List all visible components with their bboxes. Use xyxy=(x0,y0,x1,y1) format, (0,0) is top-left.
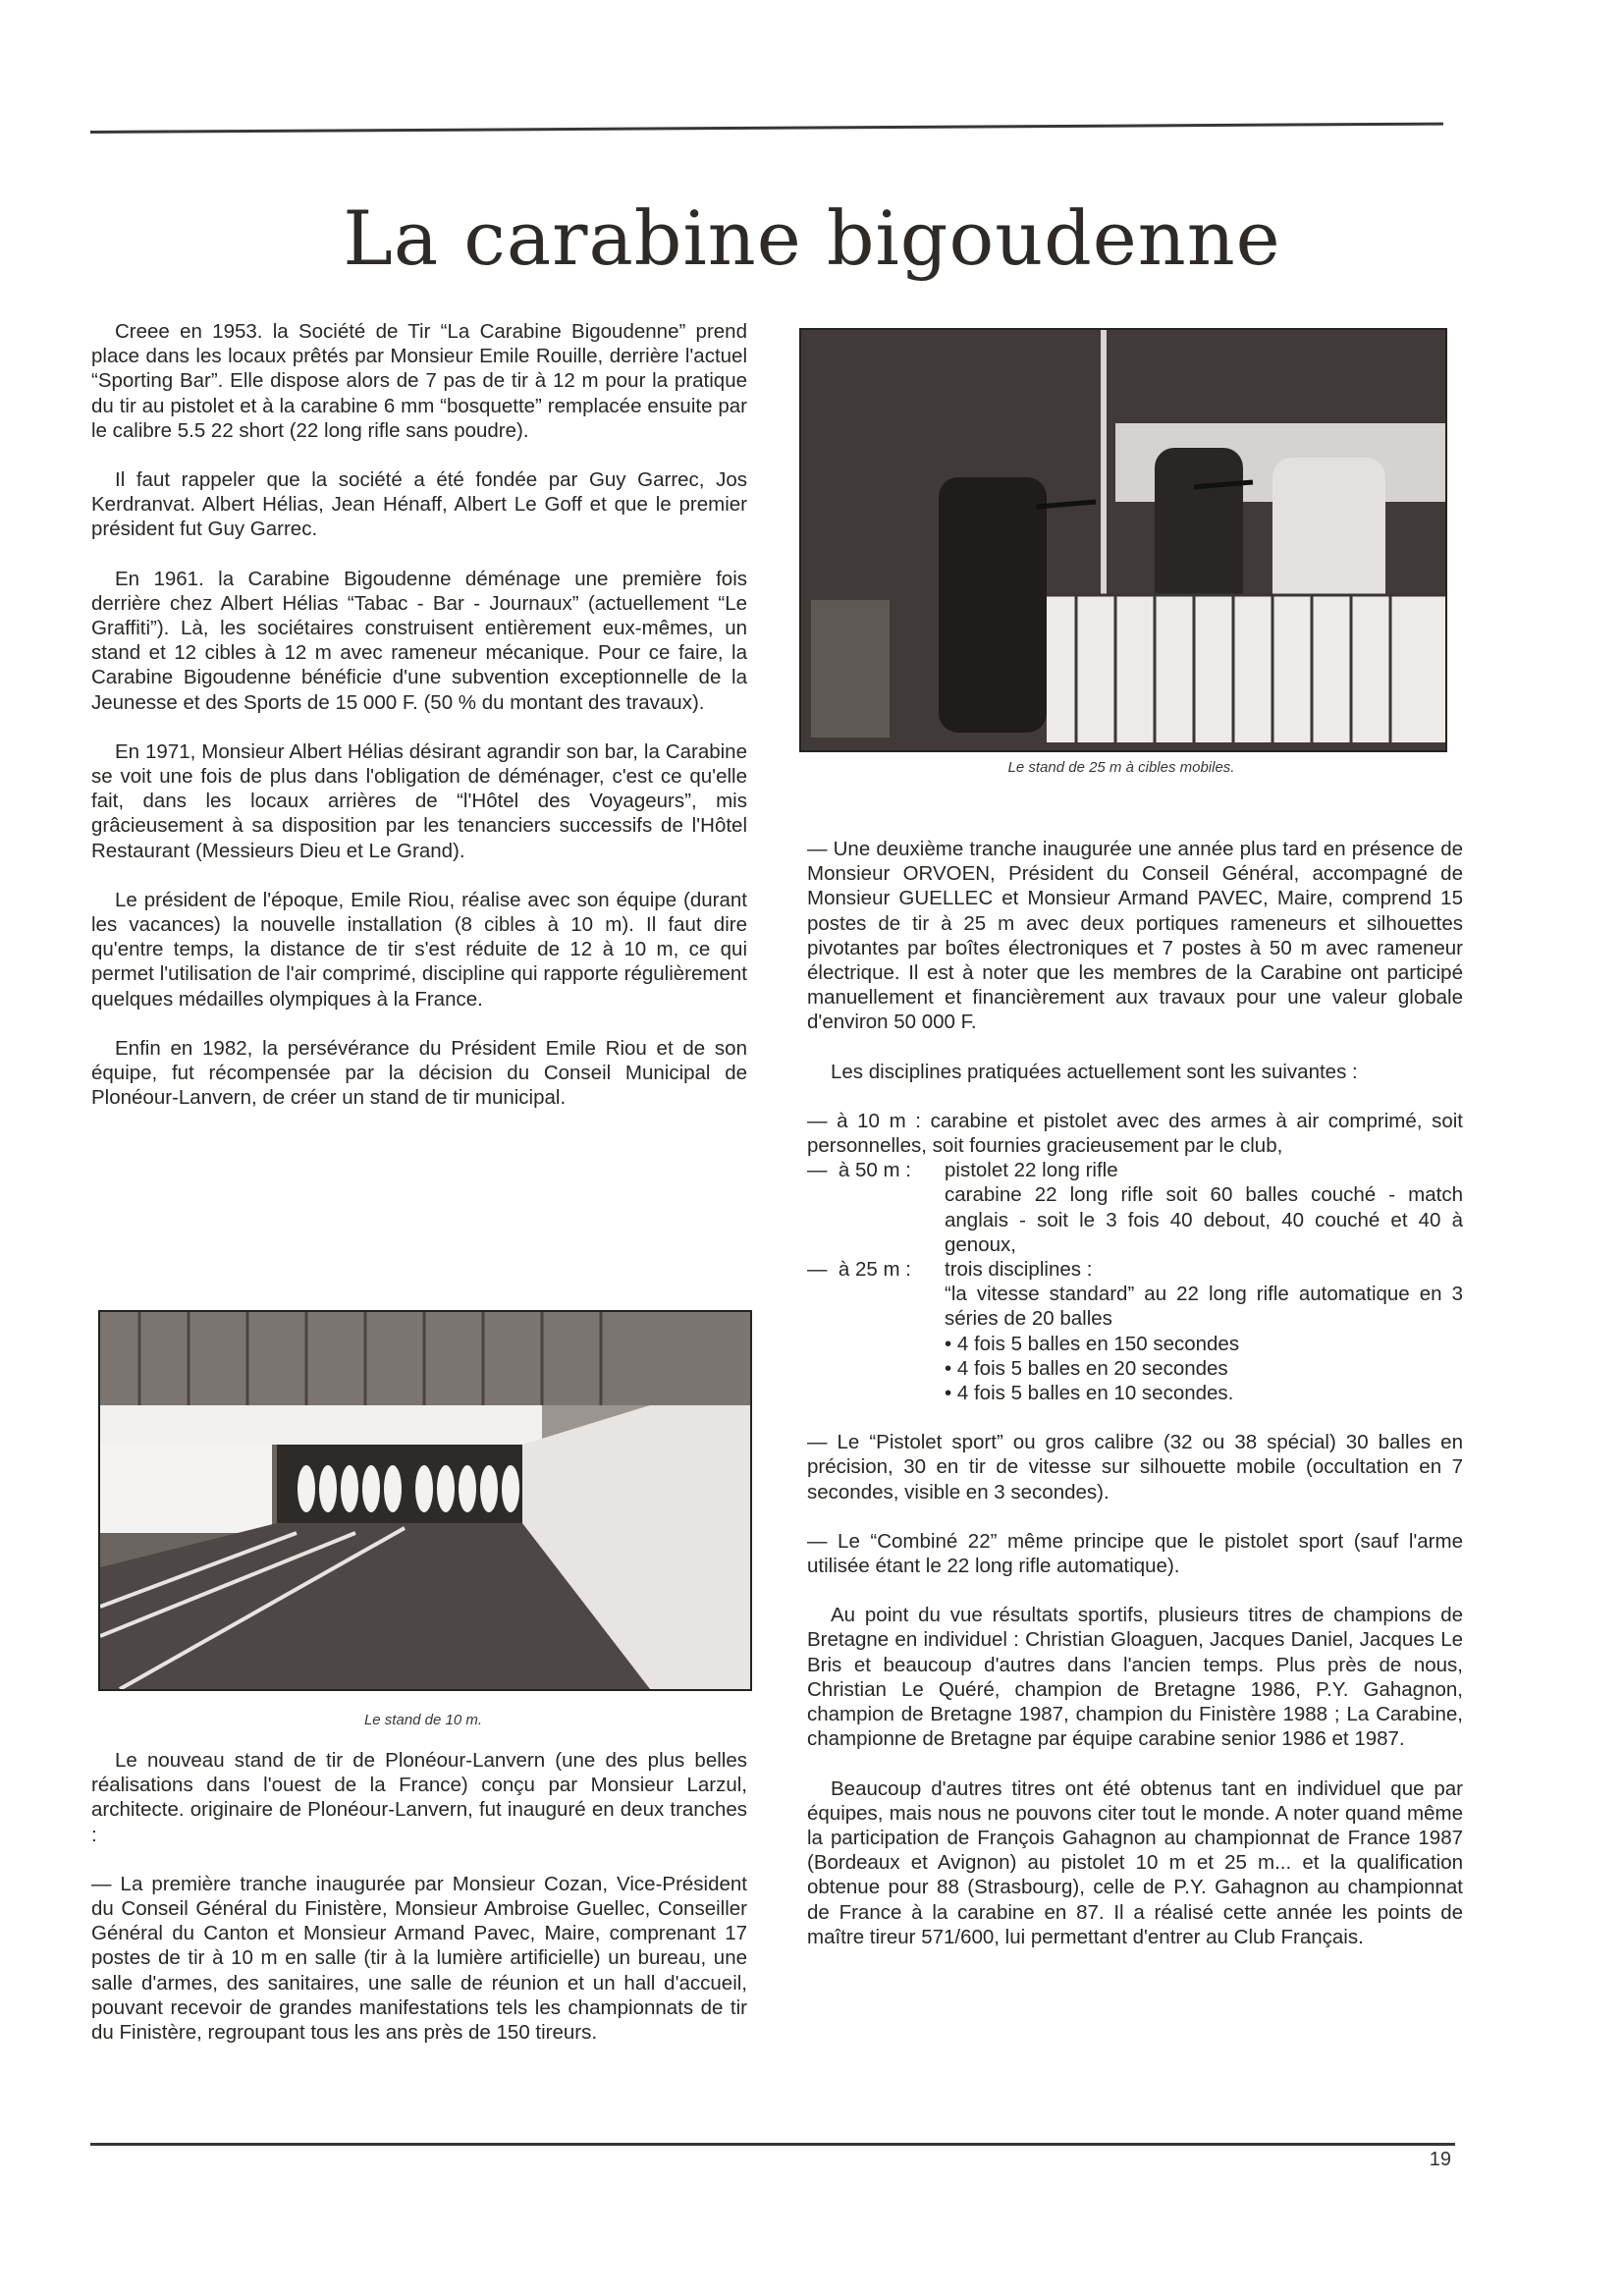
discipline-50m-rifle: carabine 22 long rifle soit 60 balles co… xyxy=(807,1182,1463,1257)
discipline-25m-bullet: 4 fois 5 balles en 20 secondes xyxy=(807,1356,1463,1381)
left-column: Creee en 1953. la Société de Tir “La Car… xyxy=(91,319,747,1134)
paragraph-1982: Enfin en 1982, la persévérance du Présid… xyxy=(91,1036,747,1111)
photo-stand-25m xyxy=(799,328,1447,752)
discipline-50m: — à 50 m : pistolet 22 long rifle xyxy=(807,1158,1463,1182)
paragraph-pistolet-sport: — Le “Pistolet sport” ou gros calibre (3… xyxy=(807,1430,1463,1504)
paragraph-1961: En 1961. la Carabine Bigoudenne déménage… xyxy=(91,567,747,715)
paragraph-second-tranche: — Une deuxième tranche inaugurée une ann… xyxy=(807,837,1463,1035)
photo-stand-10m xyxy=(98,1310,752,1691)
paragraph-new-stand: Le nouveau stand de tir de Plonéour-Lanv… xyxy=(91,1748,747,1847)
discipline-10m: — à 10 m : carabine et pistolet avec des… xyxy=(807,1109,1463,1158)
discipline-25m-standard-speed: “la vitesse standard” au 22 long rifle a… xyxy=(807,1282,1463,1331)
top-rule xyxy=(90,123,1443,134)
paragraph-first-tranche: — La première tranche inaugurée par Mons… xyxy=(91,1872,747,2045)
paragraph-other-titles: Beaucoup d'autres titres ont été obtenus… xyxy=(807,1777,1463,1949)
discipline-25m: — à 25 m : trois disciplines : xyxy=(807,1257,1463,1282)
discipline-25m-label: — à 25 m : xyxy=(807,1257,945,1282)
disciplines-list: — à 10 m : carabine et pistolet avec des… xyxy=(807,1109,1463,1405)
paragraph-1971: En 1971, Monsieur Albert Hélias désirant… xyxy=(91,739,747,863)
paragraph-disciplines-intro: Les disciplines pratiquées actuellement … xyxy=(807,1060,1463,1084)
discipline-25m-bullet: 4 fois 5 balles en 10 secondes. xyxy=(807,1381,1463,1405)
left-column-continued: Le nouveau stand de tir de Plonéour-Lanv… xyxy=(91,1748,747,2069)
caption-stand-10m: Le stand de 10 m. xyxy=(98,1712,748,1728)
paragraph-founding-1953: Creee en 1953. la Société de Tir “La Car… xyxy=(91,319,747,443)
paragraph-president-riou: Le président de l'époque, Emile Riou, ré… xyxy=(91,888,747,1011)
bottom-rule xyxy=(90,2143,1455,2146)
shooting-range-10m-image xyxy=(100,1312,750,1689)
page-number: 19 xyxy=(1430,2149,1451,2171)
discipline-50m-pistol: pistolet 22 long rifle xyxy=(945,1158,1463,1182)
right-column: — Une deuxième tranche inaugurée une ann… xyxy=(807,837,1463,1974)
paragraph-founders: Il faut rappeler que la société a été fo… xyxy=(91,467,747,542)
discipline-25m-intro: trois disciplines : xyxy=(945,1257,1463,1282)
discipline-25m-bullet: 4 fois 5 balles en 150 secondes xyxy=(807,1332,1463,1356)
discipline-50m-label: — à 50 m : xyxy=(807,1158,945,1182)
paragraph-results: Au point du vue résultats sportifs, plus… xyxy=(807,1603,1463,1751)
paragraph-combine-22: — Le “Combiné 22” même principe que le p… xyxy=(807,1529,1463,1578)
caption-stand-25m: Le stand de 25 m à cibles mobiles. xyxy=(799,759,1443,776)
shooting-range-25m-image xyxy=(801,330,1445,750)
page-title: La carabine bigoudenne xyxy=(0,194,1624,282)
